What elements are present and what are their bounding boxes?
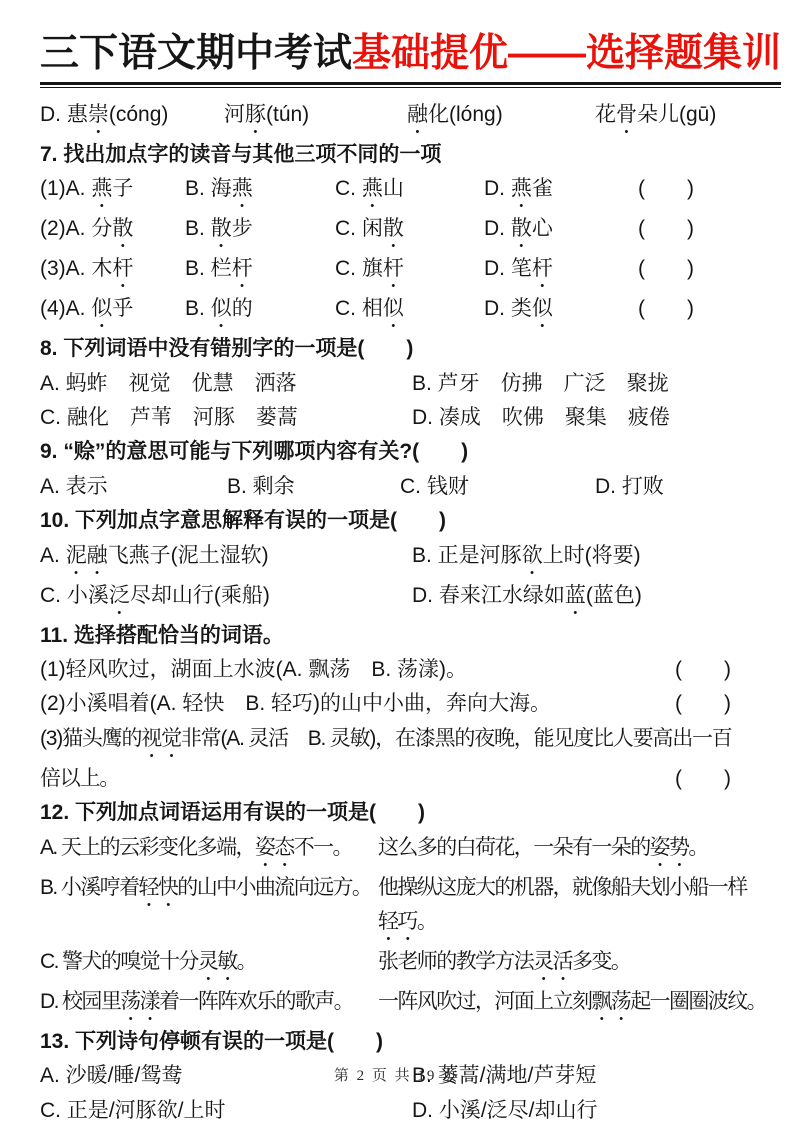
q13-row-2: C. 正是/河豚欲/上时 D. 小溪/泛尽/却山行 — [40, 1094, 755, 1122]
q8-option-c: C. 融化 芦苇 河豚 蒌蒿 — [40, 401, 412, 435]
q8-row-1: A. 蚂蚱 视觉 优慧 洒落 B. 芦牙 仿拂 广泛 聚拢 — [40, 367, 755, 401]
q6-word-huagu: 花骨朵儿(gū) — [595, 98, 755, 138]
q10-row-2: C. 小溪泛尽却山行(乘船) D. 春来江水绿如蓝(蓝色) — [40, 579, 755, 619]
q11-item-1: (1)轻风吹过，湖面上水波(A. 飘荡 B. 荡漾)。 ( ) — [40, 653, 755, 687]
q9-option-a: A. 表示 — [40, 470, 227, 504]
q13-option-d: D. 小溪/泛尽/却山行 — [412, 1094, 755, 1122]
q12-a-left: A. 天上的云彩变化多端，姿态不一。 — [40, 831, 378, 871]
title-black-part: 三下语文期中考试 — [40, 32, 352, 75]
q12-a-right: 这么多的白荷花，一朵有一朵的姿势。 — [378, 831, 790, 871]
q7-4-option-a: (4)A. 似乎 — [40, 292, 185, 332]
answer-bracket: ( ) — [675, 653, 731, 687]
q11-header: 11. 选择搭配恰当的词语。 — [40, 619, 755, 653]
q13-option-c: C. 正是/河豚欲/上时 — [40, 1094, 412, 1122]
answer-bracket: ( ) — [638, 172, 755, 212]
q9-option-c: C. 钱财 — [400, 470, 595, 504]
answer-bracket: ( ) — [638, 292, 755, 332]
q12-d-right: 一阵风吹过，河面上立刻飘荡起一圈圈波纹。 — [378, 985, 790, 1025]
q6-word-ronghua: 融化(lóng) — [407, 98, 595, 138]
q12-b-left: B. 小溪哼着轻快的山中小曲流向远方。 — [40, 871, 378, 945]
q7-1-option-b: B. 海燕 — [185, 172, 335, 212]
q7-1-option-c: C. 燕山 — [335, 172, 484, 212]
q10-header: 10. 下列加点字意思解释有误的一项是( ) — [40, 504, 755, 538]
q7-1-option-d: D. 燕雀 — [484, 172, 638, 212]
q7-row-4: (4)A. 似乎 B. 似的 C. 相似 D. 类似 ( ) — [40, 292, 755, 332]
q8-option-a: A. 蚂蚱 视觉 优慧 洒落 — [40, 367, 412, 401]
q7-2-option-b: B. 散步 — [185, 212, 335, 252]
q6-option-d-row: D. 惠崇(cóng) 河豚(tún) 融化(lóng) 花骨朵儿(gū) — [40, 98, 755, 138]
title-red-part: 基础提优——选择题集训 — [352, 32, 781, 75]
q12-row-a: A. 天上的云彩变化多端，姿态不一。 这么多的白荷花，一朵有一朵的姿势。 — [40, 831, 790, 871]
q9-options-row: A. 表示 B. 剩余 C. 钱财 D. 打败 — [40, 470, 755, 504]
q7-2-option-c: C. 闲散 — [335, 212, 484, 252]
q11-item-1-text: (1)轻风吹过，湖面上水波(A. 飘荡 B. 荡漾)。 — [40, 658, 467, 681]
q8-option-d: D. 凑成 吹佛 聚集 疲倦 — [412, 401, 755, 435]
q7-1-option-a: (1)A. 燕子 — [40, 172, 185, 212]
q8-option-b: B. 芦牙 仿拂 广泛 聚拢 — [412, 367, 755, 401]
q12-c-right: 张老师的教学方法灵活多变。 — [378, 945, 790, 985]
q11-item-2-text: (2)小溪唱着(A. 轻快 B. 轻巧)的山中小曲，奔向大海。 — [40, 692, 551, 715]
q12-row-d: D. 校园里荡漾着一阵阵欢乐的歌声。 一阵风吹过，河面上立刻飘荡起一圈圈波纹。 — [40, 985, 790, 1025]
q9-option-d: D. 打败 — [595, 470, 755, 504]
q7-4-option-c: C. 相似 — [335, 292, 484, 332]
q12-c-left: C. 警犬的嗅觉十分灵敏。 — [40, 945, 378, 985]
q12-header: 12. 下列加点词语运用有误的一项是( ) — [40, 796, 755, 830]
q11-item-2: (2)小溪唱着(A. 轻快 B. 轻巧)的山中小曲，奔向大海。 ( ) — [40, 687, 755, 721]
page-number-indicator: 第 2 页 共 19 页 — [0, 1064, 793, 1085]
q7-3-option-a: (3)A. 木杆 — [40, 252, 185, 292]
q10-option-a: A. 泥融飞燕子(泥土湿软) — [40, 539, 412, 579]
q10-option-b: B. 正是河豚欲上时(将要) — [412, 539, 755, 579]
q7-2-option-a: (2)A. 分散 — [40, 212, 185, 252]
q7-3-option-b: B. 栏杆 — [185, 252, 335, 292]
q12-b-right: 他操纵这庞大的机器，就像船夫划小船一样轻巧。 — [378, 871, 790, 945]
q6-word-hetun: 河豚(tún) — [224, 98, 407, 138]
page-title: 三下语文期中考试基础提优——选择题集训 — [40, 30, 755, 88]
q11-item-3: (3)猫头鹰的视觉非常(A. 灵活 B. 灵敏)，在漆黑的夜晚，能见度比人要高出… — [40, 722, 755, 796]
q9-option-b: B. 剩余 — [227, 470, 400, 504]
q8-row-2: C. 融化 芦苇 河豚 蒌蒿 D. 凑成 吹佛 聚集 疲倦 — [40, 401, 755, 435]
exam-page: 三下语文期中考试基础提优——选择题集训 D. 惠崇(cóng) 河豚(tún) … — [0, 0, 793, 1122]
answer-bracket: ( ) — [675, 687, 731, 721]
q7-row-1: (1)A. 燕子 B. 海燕 C. 燕山 D. 燕雀 ( ) — [40, 172, 755, 212]
q7-4-option-b: B. 似的 — [185, 292, 335, 332]
q12-row-c: C. 警犬的嗅觉十分灵敏。 张老师的教学方法灵活多变。 — [40, 945, 790, 985]
q7-header: 7. 找出加点字的读音与其他三项不同的一项 — [40, 138, 755, 172]
q7-3-option-d: D. 笔杆 — [484, 252, 638, 292]
title-underline: 三下语文期中考试基础提优——选择题集训 — [40, 30, 781, 88]
q7-2-option-d: D. 散心 — [484, 212, 638, 252]
q8-header: 8. 下列词语中没有错别字的一项是( ) — [40, 332, 755, 366]
answer-bracket: ( ) — [675, 762, 731, 796]
q10-option-c: C. 小溪泛尽却山行(乘船) — [40, 579, 412, 619]
q10-row-1: A. 泥融飞燕子(泥土湿软) B. 正是河豚欲上时(将要) — [40, 539, 755, 579]
q10-option-d: D. 春来江水绿如蓝(蓝色) — [412, 579, 755, 619]
q7-row-3: (3)A. 木杆 B. 栏杆 C. 旗杆 D. 笔杆 ( ) — [40, 252, 755, 292]
answer-bracket: ( ) — [638, 252, 755, 292]
q7-4-option-d: D. 类似 — [484, 292, 638, 332]
q13-header: 13. 下列诗句停顿有误的一项是( ) — [40, 1025, 755, 1059]
q11-item-3-text: (3)猫头鹰的视觉非常(A. 灵活 B. 灵敏)，在漆黑的夜晚，能见度比人要高出… — [40, 727, 732, 790]
q7-3-option-c: C. 旗杆 — [335, 252, 484, 292]
q9-header: 9. “赊”的意思可能与下列哪项内容有关?( ) — [40, 435, 755, 469]
q12-row-b: B. 小溪哼着轻快的山中小曲流向远方。 他操纵这庞大的机器，就像船夫划小船一样轻… — [40, 871, 790, 945]
page-content: 三下语文期中考试基础提优——选择题集训 D. 惠崇(cóng) 河豚(tún) … — [0, 30, 793, 1122]
q7-row-2: (2)A. 分散 B. 散步 C. 闲散 D. 散心 ( ) — [40, 212, 755, 252]
q6-option-d: D. 惠崇(cóng) — [40, 98, 224, 138]
answer-bracket: ( ) — [638, 212, 755, 252]
q12-d-left: D. 校园里荡漾着一阵阵欢乐的歌声。 — [40, 985, 378, 1025]
